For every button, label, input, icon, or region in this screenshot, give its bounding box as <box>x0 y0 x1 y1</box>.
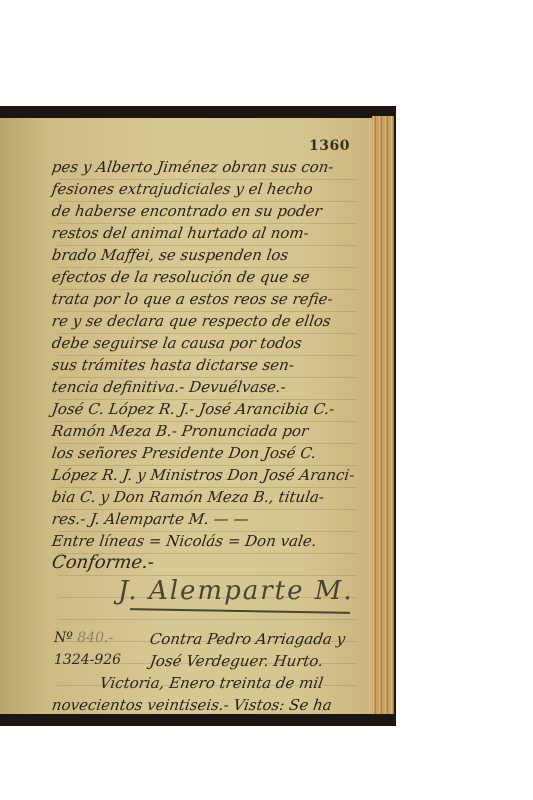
text-line: José C. López R. J.- José Aranci­bia C.- <box>50 398 365 420</box>
page-edges <box>372 116 394 714</box>
signature: J. Alemparte M. <box>118 576 354 606</box>
entry-number-value: 840.- <box>77 630 113 646</box>
text-line: debe seguirse la causa por todos <box>50 332 365 354</box>
text-line: restos del animal hurtado al nom- <box>50 222 365 244</box>
text-line: re y se declara que respecto de ellos <box>50 310 365 332</box>
text-line: Ramón Meza B.- Pronunciada por <box>50 420 365 442</box>
text-line: pes y Alberto Jiménez obran sus con- <box>50 156 365 178</box>
text-line: López R. J. y Ministros Don José Aranci- <box>50 464 365 486</box>
text-line: los señores Presidente Don José C. <box>50 442 365 464</box>
document-photo: 1360 pes y Alberto Jiménez obran sus con… <box>0 106 396 726</box>
text-line: fesiones extrajudiciales y el hecho <box>50 178 365 200</box>
text-line: res.- J. Alemparte M. — — <box>50 508 365 530</box>
conforme-line: Conforme.- <box>50 552 365 574</box>
text-line: tencia definitiva.- Devuélvase.- <box>50 376 365 398</box>
entry-title-1: Contra Pedro Arriagada y <box>148 628 361 650</box>
page-number: 1360 <box>309 138 350 154</box>
entry-title-2: José Verdeguer. Hurto. <box>148 650 361 672</box>
text-line: Entre líneas = Nicolás = Don vale. <box>50 530 365 552</box>
entry-number-label: Nº <box>54 630 73 646</box>
entry-line: Victoria, Enero treinta de mil <box>98 672 361 694</box>
text-line: de haberse encontrado en su poder <box>50 200 365 222</box>
text-line: bia C. y Don Ramón Meza B., titula- <box>50 486 365 508</box>
text-line: sus trámites hasta dictarse sen- <box>50 354 365 376</box>
text-line: efectos de la resolución de que se <box>50 266 365 288</box>
margin-reference: 1324-926 <box>54 652 121 668</box>
entry-line: novecientos veintiseis.- Vistos: Se ha <box>50 694 365 716</box>
text-line: brado Maffei, se suspenden los <box>50 244 365 266</box>
text-line: trata por lo que a estos reos se refie- <box>50 288 365 310</box>
ledger-page: 1360 pes y Alberto Jiménez obran sus con… <box>0 118 372 714</box>
entry-number: Nº 840.- <box>54 630 113 646</box>
